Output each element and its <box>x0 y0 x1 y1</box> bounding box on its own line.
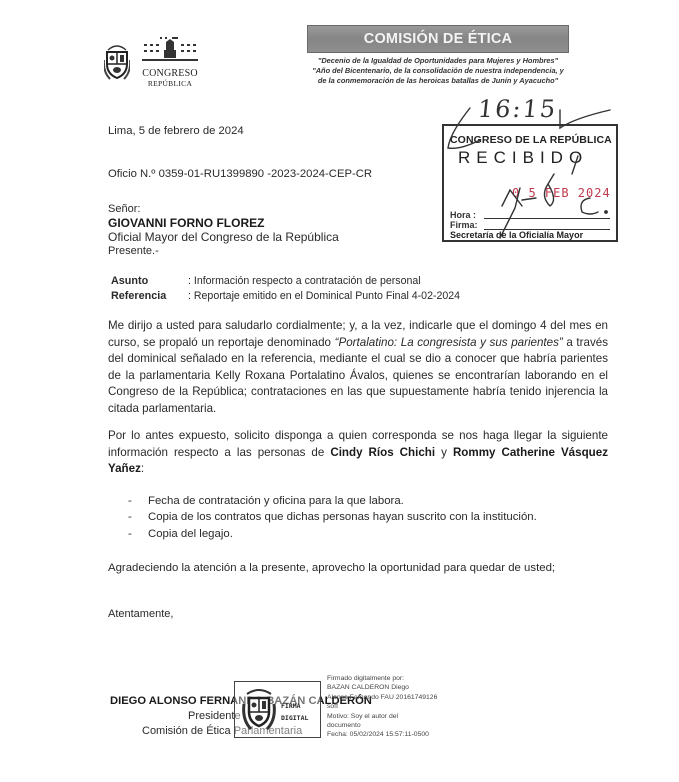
list-item: -Fecha de contratación y oficina para la… <box>128 493 537 509</box>
signature-detail-line: Fecha: 05/02/2024 15:57:11-0500 <box>327 730 437 739</box>
commission-banner: COMISIÓN DE ÉTICA PARLAMENTARIA <box>307 25 569 53</box>
signature-detail-line: soft <box>327 702 437 711</box>
bullet-marker: - <box>128 526 132 542</box>
list-item: -Copia de los contratos que dichas perso… <box>128 509 537 525</box>
stamp-hora-line <box>484 218 610 219</box>
signature-detail-line: Firmado digitalmente por: <box>327 674 437 683</box>
asunto-value: : Información respecto a contratación de… <box>188 274 421 289</box>
signature-detail-line: documento <box>327 721 437 730</box>
valediction: Atentamente, <box>108 607 173 622</box>
stamp-office: Secretaría de la Oficialía Mayor <box>450 230 583 240</box>
person-name: Cindy Ríos Chichi <box>330 446 435 459</box>
signer-role: Presidente <box>188 709 241 724</box>
paragraph-text: y <box>435 446 453 459</box>
official-mottos: "Decenio de la Igualdad de Oportunidades… <box>300 56 576 86</box>
stamp-hora-label: Hora : <box>450 210 476 220</box>
oficio-number: Oficio N.º 0359-01-RU1399890 -2023-2024-… <box>108 167 372 182</box>
stamp-received: RECIBIDO <box>458 148 588 168</box>
firma-digital-label: FIRMA DIGITAL <box>281 700 308 724</box>
congreso-logo-text: CONGRESO <box>138 68 202 79</box>
paragraph-2: Por lo antes expuesto, solicito disponga… <box>108 428 608 478</box>
motto-line: "Año del Bicentenario, de la consolidaci… <box>300 66 576 76</box>
salutation: Señor: <box>108 202 140 217</box>
list-item-text: Copia del legajo. <box>148 528 233 540</box>
digital-signature-stamp: FIRMA DIGITAL <box>234 681 321 738</box>
congreso-logo: CONGRESO REPÚBLICA <box>138 36 202 92</box>
signature-detail-line: BAZAN CALDERON Diego <box>327 683 437 692</box>
list-item: -Copia del legajo. <box>128 526 537 542</box>
list-item-text: Copia de los contratos que dichas person… <box>148 511 537 523</box>
report-title: “Portalatino: La congresista y sus parie… <box>335 336 563 349</box>
paragraph-1: Me dirijo a usted para saludarlo cordial… <box>108 318 608 418</box>
congress-building-icon <box>142 36 198 62</box>
closing-sentence: Agradeciendo la atención a la presente, … <box>108 561 555 576</box>
recipient-title: Oficial Mayor del Congreso de la Repúbli… <box>108 230 339 245</box>
stamp-institution: CONGRESO DE LA REPÚBLICA <box>450 134 612 146</box>
stamp-text: DIGITAL <box>281 712 308 724</box>
signature-detail-line: Alonso Fernando FAU 20161749126 <box>327 693 437 702</box>
paragraph-text: : <box>141 462 144 475</box>
reception-stamp: CONGRESO DE LA REPÚBLICA RECIBIDO 0 5 FE… <box>442 124 618 242</box>
place-and-date: Lima, 5 de febrero de 2024 <box>108 124 244 139</box>
digital-signature-details: Firmado digitalmente por: BAZAN CALDERON… <box>327 674 437 740</box>
requested-info-list: -Fecha de contratación y oficina para la… <box>128 493 537 542</box>
peru-coat-of-arms-icon <box>241 686 277 732</box>
motto-line: de la conmemoración de las heroicas bata… <box>300 76 576 86</box>
stamp-date: 0 5 FEB 2024 <box>512 186 611 200</box>
stamp-firma-label: Firma: <box>450 220 478 230</box>
referencia-value: : Reportaje emitido en el Dominical Punt… <box>188 289 460 304</box>
bullet-marker: - <box>128 509 132 525</box>
recipient-name: GIOVANNI FORNO FLOREZ <box>108 216 264 231</box>
peru-coat-of-arms-icon <box>104 42 130 82</box>
referencia-label: Referencia <box>111 289 166 304</box>
motto-line: "Decenio de la Igualdad de Oportunidades… <box>300 56 576 66</box>
stamp-text: FIRMA <box>281 700 308 712</box>
signature-detail-line: Motivo: Soy el autor del <box>327 712 437 721</box>
republica-logo-text: REPÚBLICA <box>138 79 202 88</box>
asunto-label: Asunto <box>111 274 148 289</box>
presente: Presente.- <box>108 244 159 259</box>
handwritten-reception-time: 16:15 <box>477 95 559 123</box>
bullet-marker: - <box>128 493 132 509</box>
list-item-text: Fecha de contratación y oficina para la … <box>148 495 404 507</box>
